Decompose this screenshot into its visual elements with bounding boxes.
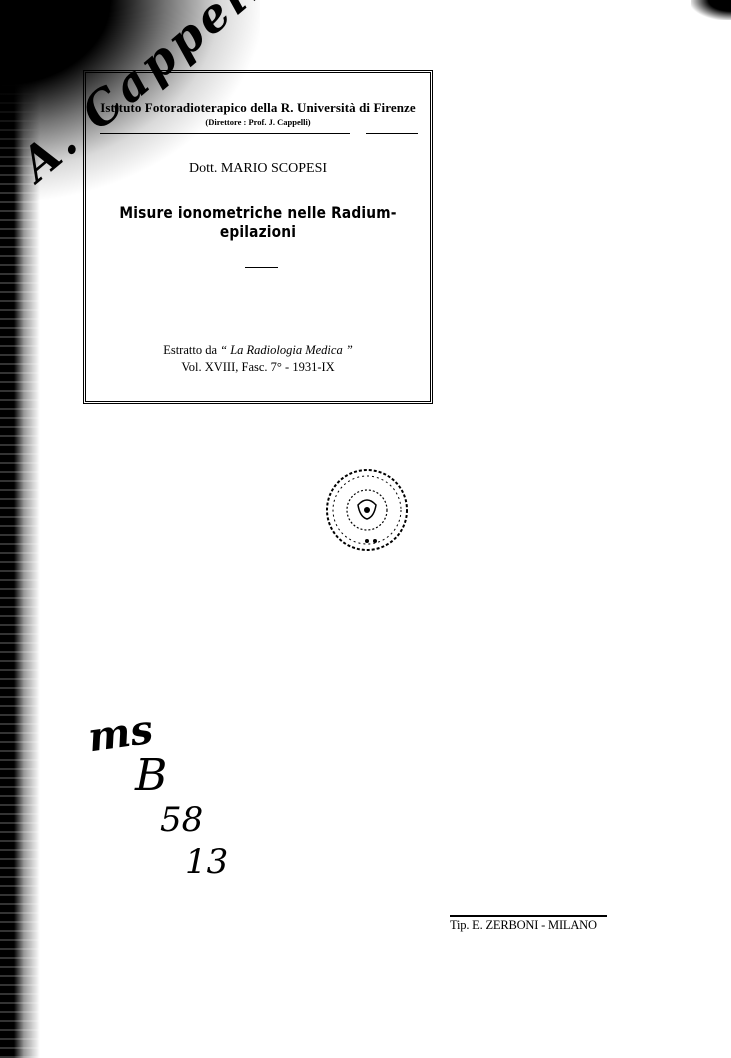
printer-rule xyxy=(450,915,607,917)
author-name: Dott. MARIO SCOPESI xyxy=(86,161,430,177)
divider-rule xyxy=(100,133,350,134)
director-line: (Direttore : Prof. J. Cappelli) xyxy=(86,117,430,127)
volume-info: Vol. XVIII, Fasc. 7° - 1931-IX xyxy=(86,360,430,375)
institute-name: Istituto Fotoradioterapico della R. Univ… xyxy=(86,100,430,116)
extract-line: Estratto da “ La Radiologia Medica ” xyxy=(86,343,430,358)
journal-name: “ La Radiologia Medica ” xyxy=(220,343,353,357)
document-title: Misure ionometriche nelle Radium-epilazi… xyxy=(110,203,406,241)
handwritten-shelfmark-number: 58 xyxy=(160,800,203,840)
library-stamp-icon xyxy=(322,465,412,555)
divider-rule xyxy=(366,133,418,134)
handwritten-shelfmark-letter: B xyxy=(135,750,167,801)
title-rule xyxy=(245,267,278,268)
extract-prefix: Estratto da xyxy=(163,343,217,357)
scan-corner-shadow-right xyxy=(691,0,731,20)
handwritten-shelfmark-item: 13 xyxy=(185,842,228,882)
printer-imprint: Tip. E. ZERBONI - MILANO xyxy=(450,918,610,933)
cover-content: Istituto Fotoradioterapico della R. Univ… xyxy=(86,73,430,401)
